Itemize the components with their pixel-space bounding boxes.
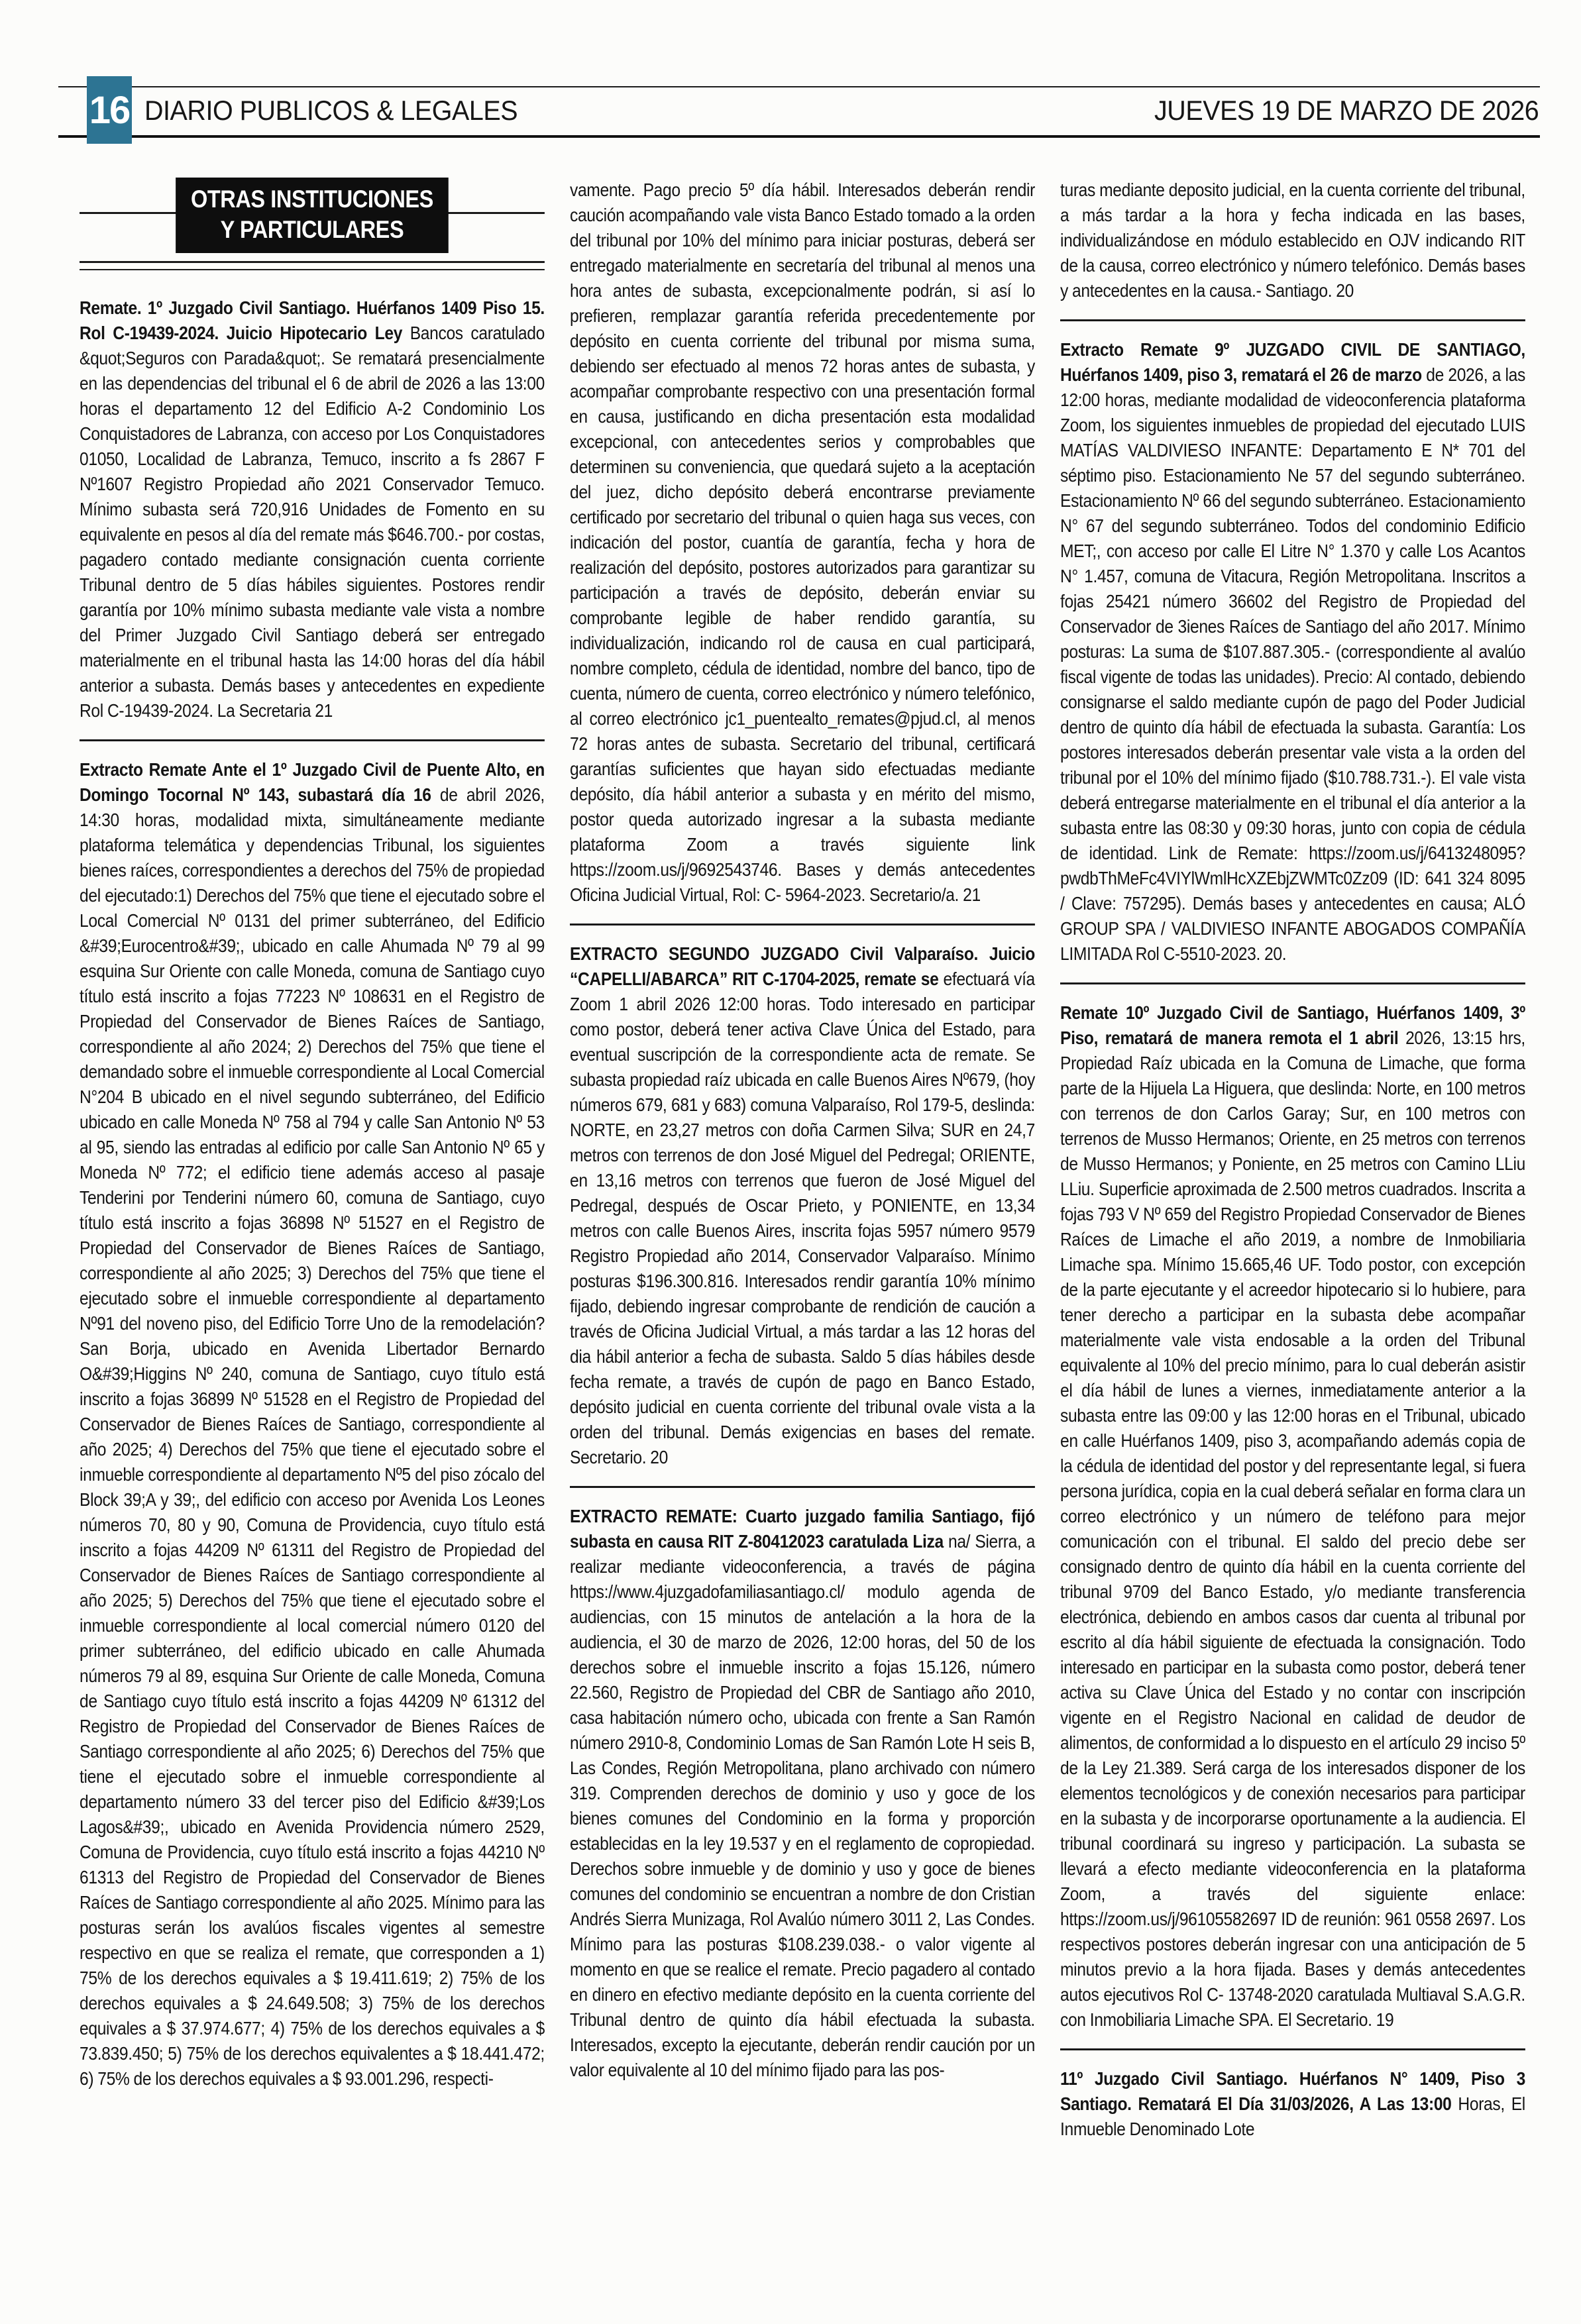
- section-title-line2: Y PARTICULARES: [191, 215, 433, 245]
- notice-separator: [1060, 2048, 1525, 2050]
- notice-body: Bancos caratulado &quot;Seguros con Para…: [80, 323, 545, 721]
- column-middle: vamente. Pago precio 5º día hábil. Inter…: [570, 178, 1035, 2083]
- notice-extracto-remate-cuarto-juzgado-familia: EXTRACTO REMATE: Cuarto juzgado familia …: [570, 1504, 1035, 2083]
- page-number-badge: 16: [87, 76, 132, 144]
- header-bottom-rule: [58, 135, 1540, 138]
- section-header: OTRAS INSTITUCIONES Y PARTICULARES: [80, 178, 545, 278]
- section-title-box: OTRAS INSTITUCIONES Y PARTICULARES: [176, 178, 449, 253]
- notice-remate-10-juzgado-civil: Remate 10º Juzgado Civil de Santiago, Hu…: [1060, 1000, 1525, 2033]
- notice-continuation-cuarto-juzgado-familia: turas mediante deposito judicial, en la …: [1060, 178, 1525, 303]
- header-top-rule: [58, 86, 1540, 87]
- column-right: turas mediante deposito judicial, en la …: [1060, 178, 1525, 2142]
- column-left: OTRAS INSTITUCIONES Y PARTICULARES Remat…: [80, 178, 545, 2091]
- notice-lead: 11º Juzgado Civil Santiago. Huérfanos N°…: [1060, 2068, 1525, 2114]
- publication-date: JUEVES 19 DE MARZO DE 2026: [1154, 97, 1539, 125]
- notice-extracto-remate-puente-alto: Extracto Remate Ante el 1º Juzgado Civil…: [80, 757, 545, 2091]
- newspaper-page: 16 DIARIO PUBLICOS & LEGALES JUEVES 19 D…: [0, 0, 1581, 2324]
- section-header-double-rule: [80, 261, 545, 270]
- notice-body: efectuará vía Zoom 1 abril 2026 12:00 ho…: [570, 969, 1035, 1467]
- notice-separator: [570, 924, 1035, 925]
- notice-separator: [1060, 982, 1525, 984]
- columns-area: OTRAS INSTITUCIONES Y PARTICULARES Remat…: [80, 178, 1525, 2284]
- publication-title: DIARIO PUBLICOS & LEGALES: [144, 97, 518, 125]
- notice-separator: [80, 739, 545, 741]
- notice-continuation-puente-alto: vamente. Pago precio 5º día hábil. Inter…: [570, 178, 1035, 908]
- notice-body: de abril 2026, 14:30 horas, modalidad mi…: [80, 784, 545, 2089]
- notice-11-juzgado-civil: 11º Juzgado Civil Santiago. Huérfanos N°…: [1060, 2066, 1525, 2142]
- notice-body: de 2026, a las 12:00 horas, mediante mod…: [1060, 364, 1525, 964]
- notice-remate-1-juzgado-civil-santiago: Remate. 1º Juzgado Civil Santiago. Huérf…: [80, 295, 545, 723]
- notice-body: vamente. Pago precio 5º día hábil. Inter…: [570, 180, 1035, 905]
- notice-body: na/ Sierra, a realizar mediante videocon…: [570, 1531, 1035, 2080]
- notice-extracto-remate-9-juzgado-civil: Extracto Remate 9º JUZGADO CIVIL DE SANT…: [1060, 337, 1525, 967]
- notice-extracto-segundo-juzgado-valparaiso: EXTRACTO SEGUNDO JUZGADO Civil Valparaís…: [570, 941, 1035, 1470]
- notice-body: 2026, 13:15 hrs, Propiedad Raíz ubicada …: [1060, 1028, 1525, 2030]
- notice-separator: [1060, 319, 1525, 321]
- section-title-line1: OTRAS INSTITUCIONES: [191, 184, 433, 215]
- notice-separator: [570, 1486, 1035, 1488]
- notice-body: turas mediante deposito judicial, en la …: [1060, 180, 1525, 301]
